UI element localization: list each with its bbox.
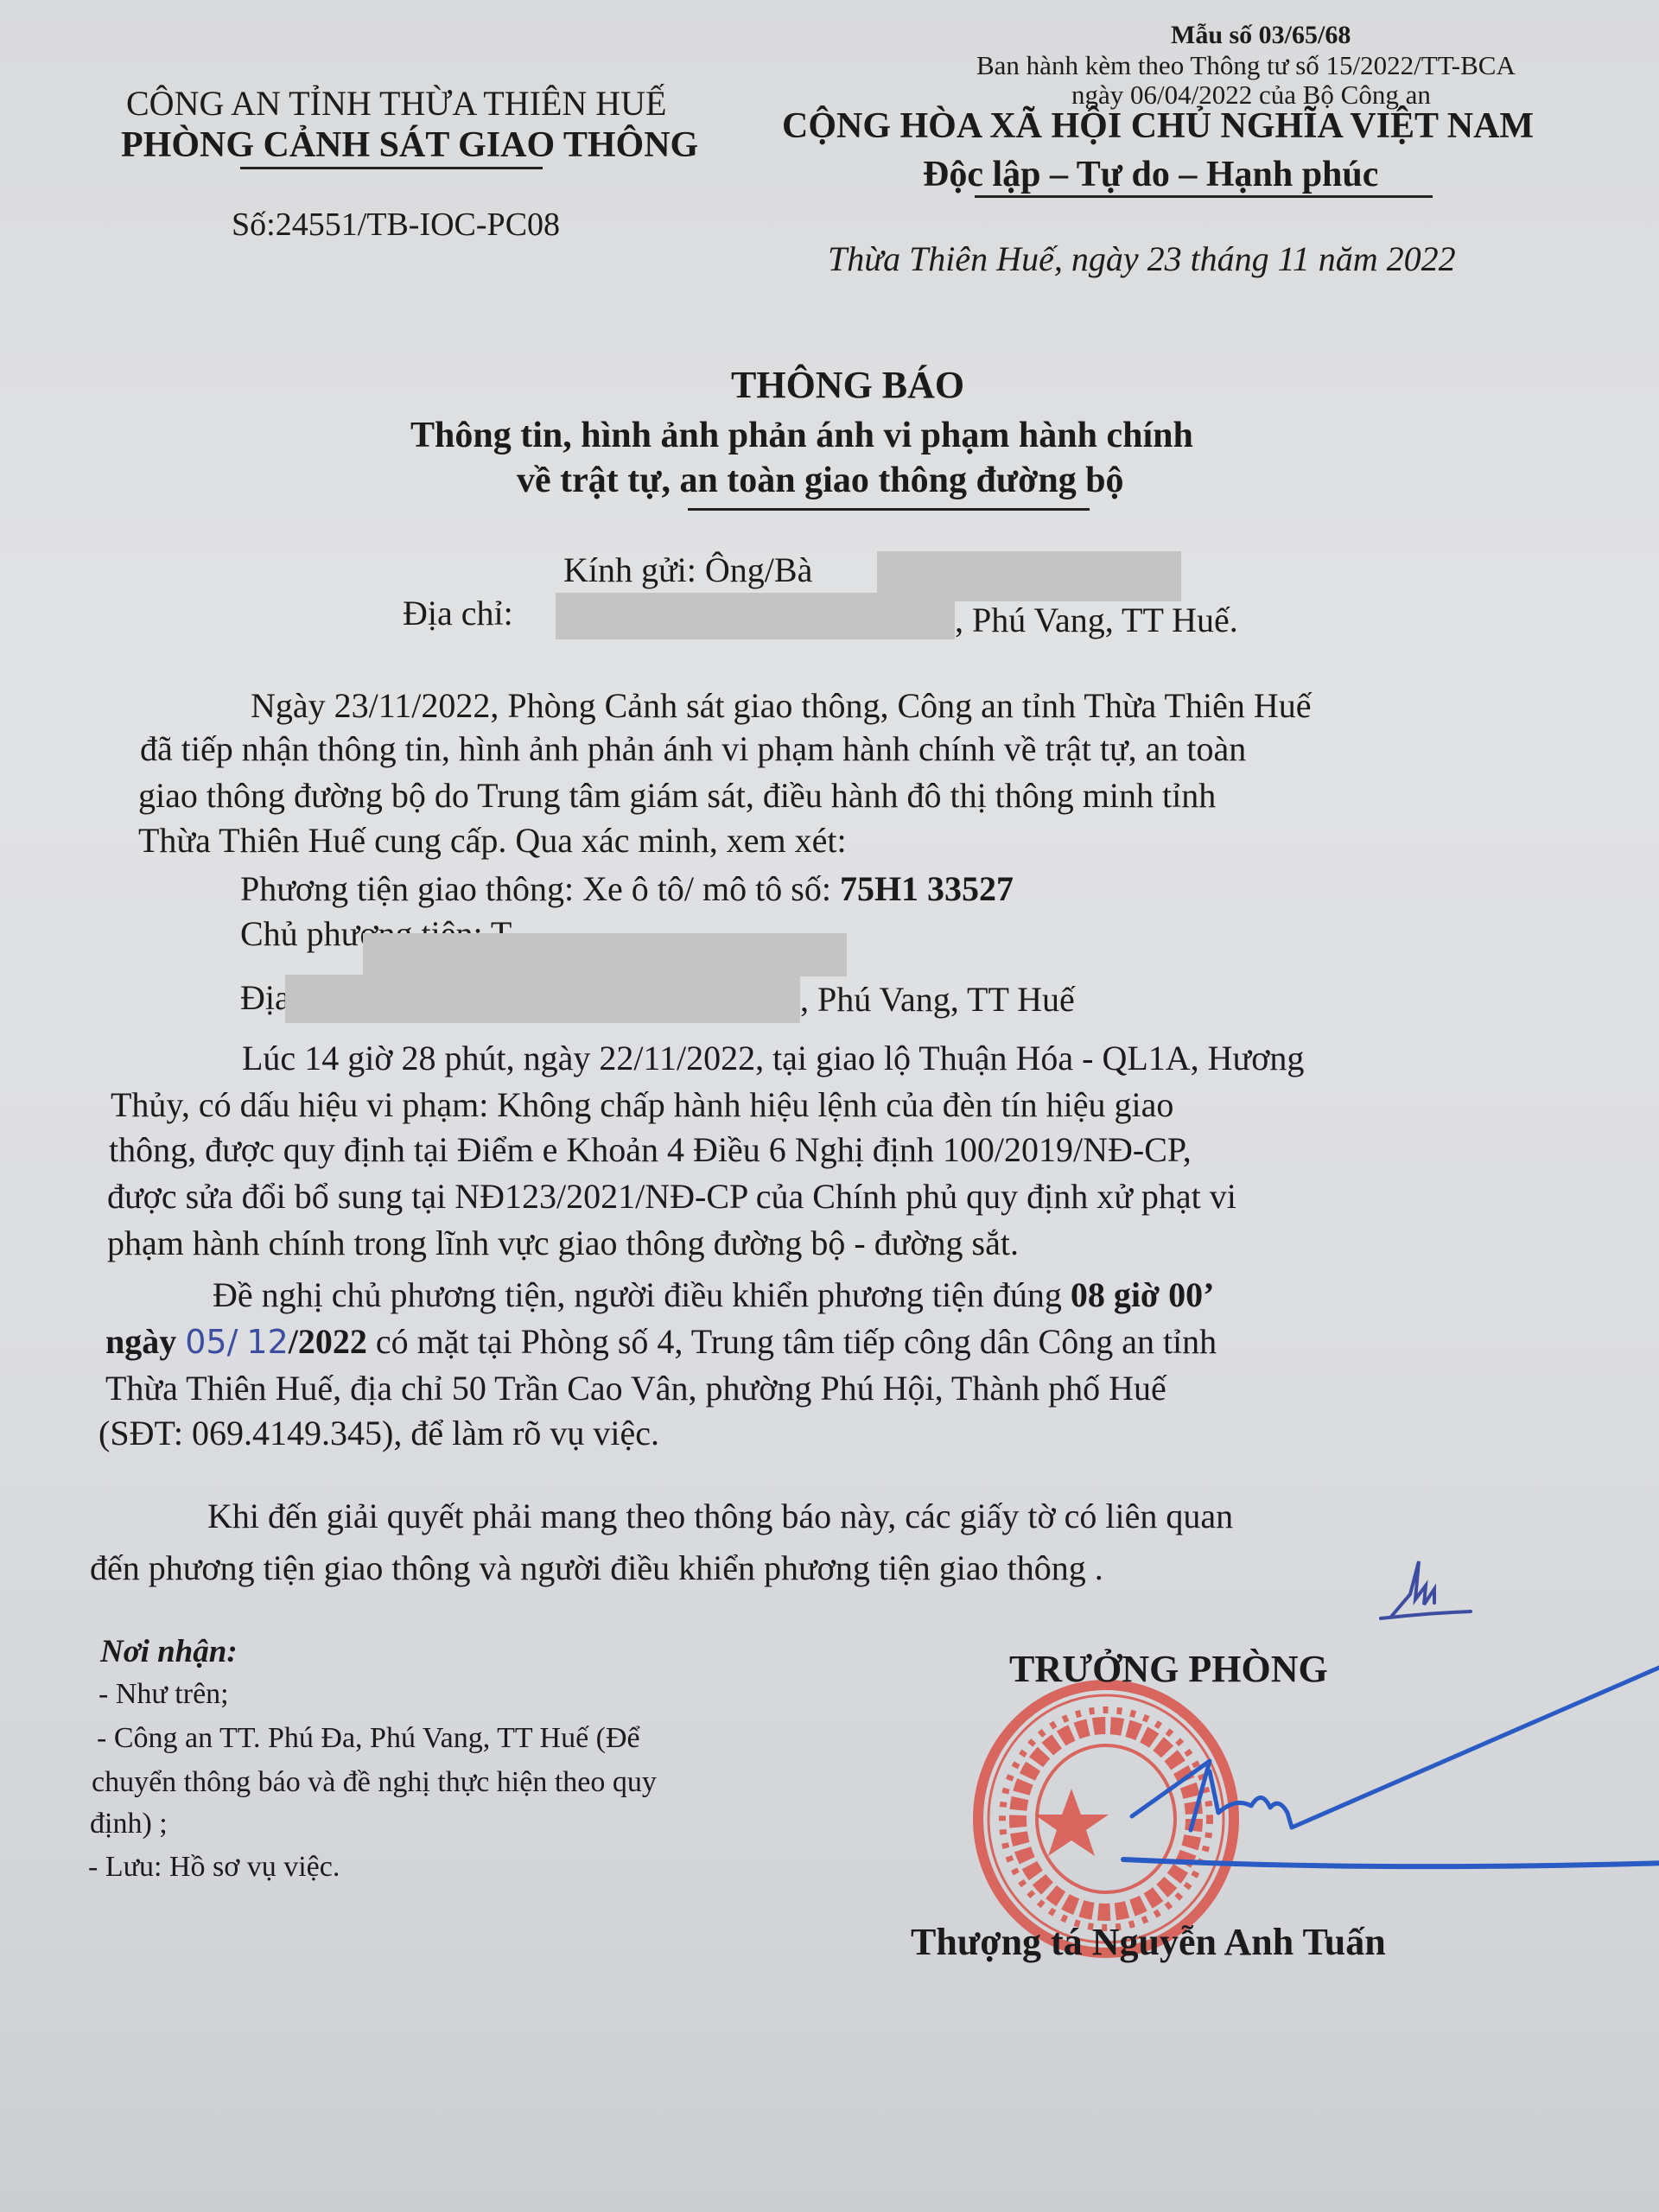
redacted-recipient-address bbox=[556, 593, 955, 639]
national-motto: Độc lập – Tự do – Hạnh phúc bbox=[923, 154, 1378, 195]
form-number: Mẫu số 03/65/68 bbox=[1171, 21, 1351, 50]
document-title: THÔNG BÁO bbox=[731, 363, 964, 407]
title-underline bbox=[688, 508, 1090, 511]
request-location: có mặt tại Phòng số 4, Trung tâm tiếp cô… bbox=[367, 1322, 1217, 1361]
agency-name: PHÒNG CẢNH SÁT GIAO THÔNG bbox=[121, 124, 698, 166]
signer-name: Thượng tá Nguyễn Anh Tuấn bbox=[911, 1920, 1386, 1964]
violation-line-1: Lúc 14 giờ 28 phút, ngày 22/11/2022, tại… bbox=[242, 1037, 1304, 1080]
initials-mark-icon bbox=[1374, 1551, 1495, 1620]
vehicle-plate: 75H1 33527 bbox=[840, 869, 1014, 908]
request-line-2: ngày 05/ 12/2022 có mặt tại Phòng số 4, … bbox=[105, 1320, 1217, 1363]
address-suffix: , Phú Vang, TT Huế. bbox=[955, 600, 1238, 640]
motto-underline bbox=[975, 195, 1433, 198]
violation-line-2: Thủy, có dấu hiệu vi phạm: Không chấp hà… bbox=[111, 1084, 1173, 1127]
recipients-item-1: - Như trên; bbox=[99, 1678, 229, 1711]
handwritten-month: 12 bbox=[246, 1323, 288, 1361]
place-date: Thừa Thiên Huế, ngày 23 tháng 11 năm 202… bbox=[828, 238, 1456, 279]
request-line-3: Thừa Thiên Huế, địa chỉ 50 Trần Cao Vân,… bbox=[105, 1367, 1166, 1410]
national-title: CỘNG HÒA XÃ HỘI CHỦ NGHĨA VIỆT NAM bbox=[782, 105, 1534, 147]
appointment-time: 08 giờ 00’ bbox=[1071, 1275, 1215, 1314]
document-subtitle-2: về trật tự, an toàn giao thông đường bộ bbox=[517, 460, 1124, 501]
violation-line-4: được sửa đổi bổ sung tại NĐ123/2021/NĐ-C… bbox=[107, 1175, 1236, 1218]
recipients-heading: Nơi nhận: bbox=[100, 1633, 238, 1670]
document-subtitle-1: Thông tin, hình ảnh phản ánh vi phạm hàn… bbox=[410, 415, 1193, 456]
redacted-owner-address bbox=[285, 975, 800, 1023]
greeting-label: Kính gửi: Ông/Bà bbox=[563, 550, 812, 590]
intro-line-1: Ngày 23/11/2022, Phòng Cảnh sát giao thô… bbox=[251, 684, 1312, 728]
owner-address-suffix: , Phú Vang, TT Huế bbox=[800, 978, 1075, 1021]
appointment-day-label: ngày bbox=[105, 1322, 176, 1361]
violation-line-5: phạm hành chính trong lĩnh vực giao thôn… bbox=[107, 1222, 1019, 1265]
request-line-1: Đề nghị chủ phương tiện, người điều khiể… bbox=[213, 1274, 1214, 1317]
violation-line-3: thông, được quy định tại Điểm e Khoản 4 … bbox=[109, 1128, 1192, 1172]
intro-line-2: đã tiếp nhận thông tin, hình ảnh phản án… bbox=[140, 728, 1246, 771]
agency-underline bbox=[240, 167, 543, 169]
closing-line-1: Khi đến giải quyết phải mang theo thông … bbox=[207, 1495, 1233, 1538]
recipients-item-5: - Lưu: Hồ sơ vụ việc. bbox=[88, 1851, 340, 1884]
request-text: Đề nghị chủ phương tiện, người điều khiể… bbox=[213, 1275, 1071, 1314]
intro-line-3: giao thông đường bộ do Trung tâm giám sá… bbox=[138, 774, 1216, 817]
form-issued-with: Ban hành kèm theo Thông tư số 15/2022/TT… bbox=[976, 50, 1516, 81]
vehicle-line: Phương tiện giao thông: Xe ô tô/ mô tô s… bbox=[240, 868, 1014, 911]
appointment-year: /2022 bbox=[289, 1322, 367, 1361]
address-label: Địa chỉ: bbox=[403, 593, 513, 633]
recipients-item-3: chuyển thông báo và đề nghị thực hiện th… bbox=[92, 1766, 657, 1799]
document-number: Số:24551/TB-IOC-PC08 bbox=[232, 206, 560, 244]
intro-line-4: Thừa Thiên Huế cung cấp. Qua xác minh, x… bbox=[138, 819, 847, 862]
agency-parent: CÔNG AN TỈNH THỪA THIÊN HUẾ bbox=[126, 83, 666, 124]
vehicle-label: Phương tiện giao thông: Xe ô tô/ mô tô s… bbox=[240, 869, 840, 908]
recipients-item-2: - Công an TT. Phú Đa, Phú Vang, TT Huế (… bbox=[97, 1722, 640, 1755]
request-line-4: (SĐT: 069.4149.345), để làm rõ vụ việc. bbox=[99, 1412, 659, 1455]
redacted-owner-name-box bbox=[363, 933, 847, 976]
signature-icon bbox=[1115, 1659, 1659, 1918]
handwritten-day: 05/ bbox=[185, 1323, 238, 1361]
recipients-item-4: định) ; bbox=[90, 1808, 168, 1840]
closing-line-2: đến phương tiện giao thông và người điều… bbox=[90, 1547, 1103, 1590]
